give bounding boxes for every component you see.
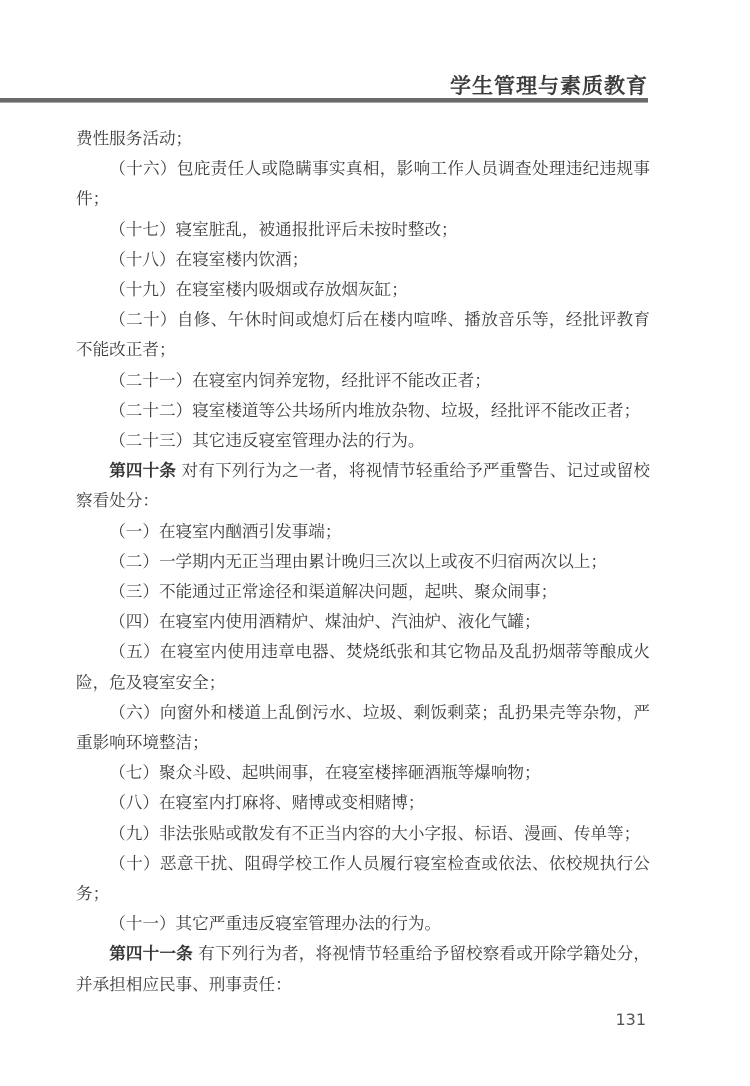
list-item: （二十三）其它违反寝室管理办法的行为。 <box>76 426 650 456</box>
list-item: （一）在寝室内酗酒引发事端； <box>76 517 650 547</box>
list-item: （三）不能通过正常途径和渠道解决问题，起哄、聚众闹事； <box>76 577 650 607</box>
header-title: 学生管理与素质教育 <box>450 70 648 100</box>
list-item: （四）在寝室内使用酒精炉、煤油炉、汽油炉、液化气罐； <box>76 607 650 637</box>
list-item: （七）聚众斗殴、起哄闹事，在寝室楼摔砸酒瓶等爆响物； <box>76 758 650 788</box>
list-item: （十九）在寝室楼内吸烟或存放烟灰缸； <box>76 275 650 305</box>
article-label: 第四十条 <box>109 461 176 480</box>
list-item: （九）非法张贴或散发有不正当内容的大小字报、标语、漫画、传单等； <box>76 819 650 849</box>
list-item: （八）在寝室内打麻将、赌博或变相赌博； <box>76 788 650 818</box>
article-40: 第四十条 对有下列行为之一者，将视情节轻重给予严重警告、记过或留校察看处分： <box>76 456 650 516</box>
page-number: 131 <box>615 1010 646 1029</box>
list-item: （二十二）寝室楼道等公共场所内堆放杂物、垃圾，经批评不能改正者； <box>76 396 650 426</box>
list-item: （十一）其它严重违反寝室管理办法的行为。 <box>76 909 650 939</box>
article-label: 第四十一条 <box>109 944 193 963</box>
list-item: （十六）包庇责任人或隐瞒事实真相，影响工作人员调查处理违纪违规事件； <box>76 154 650 214</box>
list-item: （二）一学期内无正当理由累计晚归三次以上或夜不归宿两次以上； <box>76 547 650 577</box>
list-item: （十八）在寝室楼内饮酒； <box>76 245 650 275</box>
list-item: （五）在寝室内使用违章电器、焚烧纸张和其它物品及乱扔烟蒂等酿成火险，危及寝室安全… <box>76 637 650 697</box>
article-41: 第四十一条 有下列行为者，将视情节轻重给予留校察看或开除学籍处分，并承担相应民事… <box>76 939 650 999</box>
list-item: （二十一）在寝室内饲养宠物，经批评不能改正者； <box>76 366 650 396</box>
body-text: 费性服务活动； （十六）包庇责任人或隐瞒事实真相，影响工作人员调查处理违纪违规事… <box>76 124 650 1000</box>
paragraph: 费性服务活动； <box>76 124 650 154</box>
list-item: （十）恶意干扰、阻碍学校工作人员履行寝室检查或依法、依校规执行公务； <box>76 849 650 909</box>
header-rule <box>0 98 648 103</box>
list-item: （二十）自修、午休时间或熄灯后在楼内喧哗、播放音乐等，经批评教育不能改正者； <box>76 305 650 365</box>
list-item: （六）向窗外和楼道上乱倒污水、垃圾、剩饭剩菜；乱扔果壳等杂物，严重影响环境整洁； <box>76 698 650 758</box>
list-item: （十七）寝室脏乱，被通报批评后未按时整改； <box>76 215 650 245</box>
